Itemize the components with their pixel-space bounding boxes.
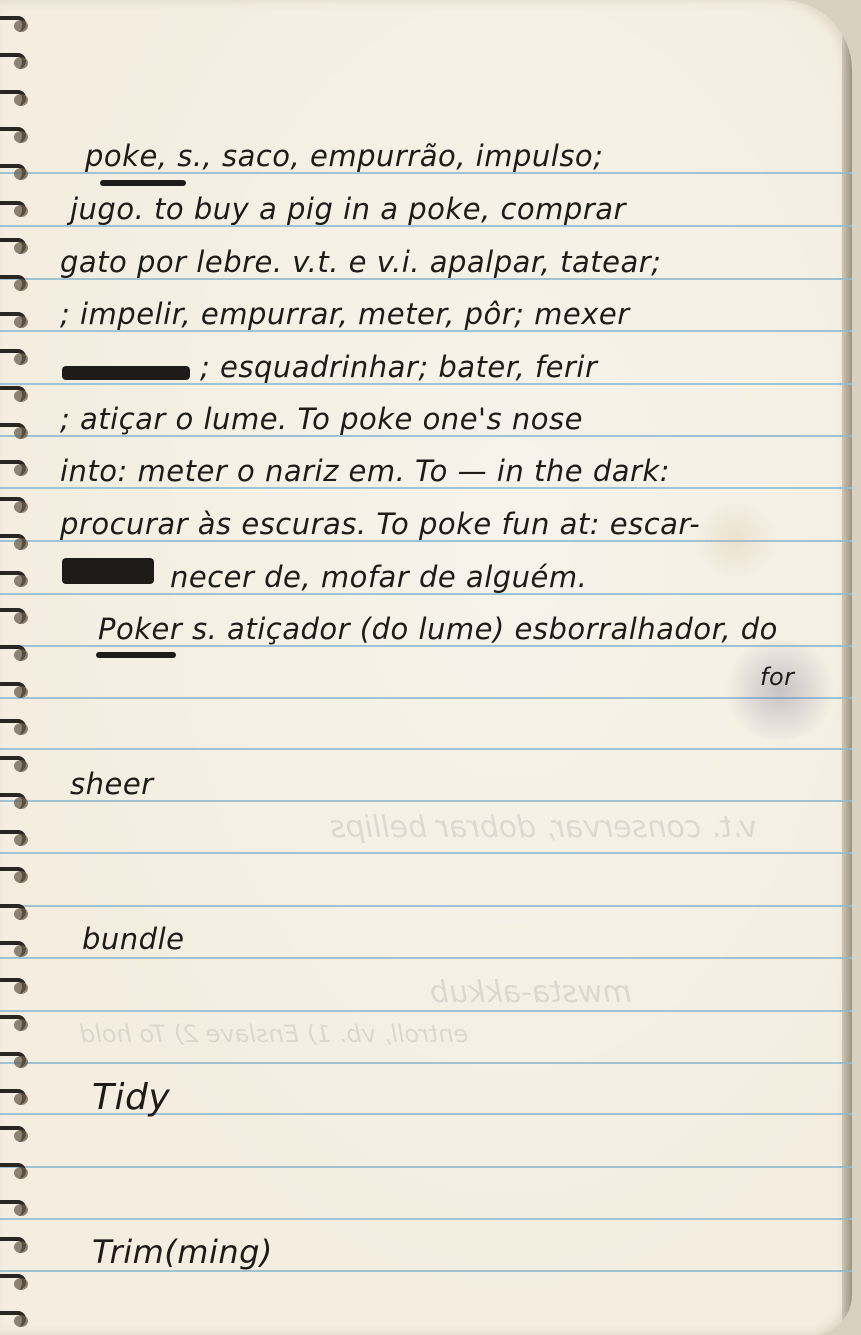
entry-line: Poker s. atiçador (do lume) esborralhado… — [98, 615, 778, 644]
ruled-line — [0, 1010, 852, 1012]
headword: bundle — [82, 925, 184, 954]
entry-line: gato por lebre. v.t. e v.i. apalpar, tat… — [60, 248, 661, 277]
spiral-loop — [0, 343, 30, 365]
spiral-loop — [0, 898, 30, 920]
crossed-out-word — [62, 366, 190, 380]
spiral-loop — [0, 824, 30, 846]
headword-underline — [96, 652, 176, 658]
spiral-loop — [0, 84, 30, 106]
ruled-line — [0, 748, 852, 750]
spiral-loop — [0, 602, 30, 624]
spiral-loop — [0, 417, 30, 439]
spiral-loop — [0, 1009, 30, 1031]
entry-line: ; esquadrinhar; bater, ferir — [200, 353, 597, 382]
entry-line: for — [760, 665, 795, 689]
entry-line: necer de, mofar de alguém. — [170, 563, 587, 592]
spiral-loop — [0, 787, 30, 809]
spiral-loop — [0, 676, 30, 698]
ruled-line — [0, 1166, 852, 1168]
spiral-loop — [0, 380, 30, 402]
spiral-loop — [0, 232, 30, 254]
spiral-loop — [0, 1046, 30, 1068]
crossed-out-word — [62, 558, 154, 584]
spiral-loop — [0, 713, 30, 735]
spiral-loop — [0, 269, 30, 291]
spiral-loop — [0, 1305, 30, 1327]
page-edge — [842, 20, 852, 1335]
ruled-line — [0, 957, 852, 959]
spiral-loop — [0, 565, 30, 587]
bleed-through-text: mwsta-akkub — [430, 975, 632, 1010]
spiral-loop — [0, 935, 30, 957]
spiral-loop — [0, 454, 30, 476]
spiral-loop — [0, 528, 30, 550]
ruled-line — [0, 905, 852, 907]
spiral-loop — [0, 972, 30, 994]
spiral-loop — [0, 639, 30, 661]
headword: Trim(ming) — [92, 1236, 273, 1268]
entry-line: ; impelir, empurrar, meter, pôr; mexer — [60, 300, 630, 329]
headword: sheer — [70, 770, 154, 799]
entry-line: into: meter o nariz em. To — in the dark… — [60, 457, 670, 486]
spiral-loop — [0, 1083, 30, 1105]
spiral-loop — [0, 1231, 30, 1253]
entry-line: procurar às escuras. To poke fun at: esc… — [60, 510, 700, 539]
bleed-through-text: entroll, vb. 1) Enslave 2) To hold — [80, 1020, 468, 1048]
entry-line: ; atiçar o lume. To poke one's nose — [60, 405, 583, 434]
spiral-loop — [0, 491, 30, 513]
water-stain — [690, 500, 780, 580]
entry-line: jugo. to buy a pig in a poke, comprar — [70, 195, 626, 224]
spiral-loop — [0, 1157, 30, 1179]
ruled-line — [0, 852, 852, 854]
spiral-loop — [0, 121, 30, 143]
spiral-loop — [0, 1120, 30, 1142]
spiral-loop — [0, 195, 30, 217]
spiral-loop — [0, 306, 30, 328]
spiral-loop — [0, 47, 30, 69]
spiral-loop — [0, 861, 30, 883]
spiral-loop — [0, 158, 30, 180]
entry-line: poke, s., saco, empurrão, impulso; — [85, 142, 603, 171]
bleed-through-text: v.t. conservar, dobrar bellips — [330, 810, 757, 845]
spiral-loop — [0, 750, 30, 772]
spiral-loop — [0, 1268, 30, 1290]
ruled-line — [0, 1062, 852, 1064]
spiral-loop — [0, 10, 30, 32]
ruled-line — [0, 1218, 852, 1220]
headword-underline — [100, 180, 186, 186]
headword: Tidy — [92, 1080, 170, 1116]
spiral-loop — [0, 1194, 30, 1216]
notebook-page: v.t. conservar, dobrar bellips mwsta-akk… — [0, 0, 852, 1335]
